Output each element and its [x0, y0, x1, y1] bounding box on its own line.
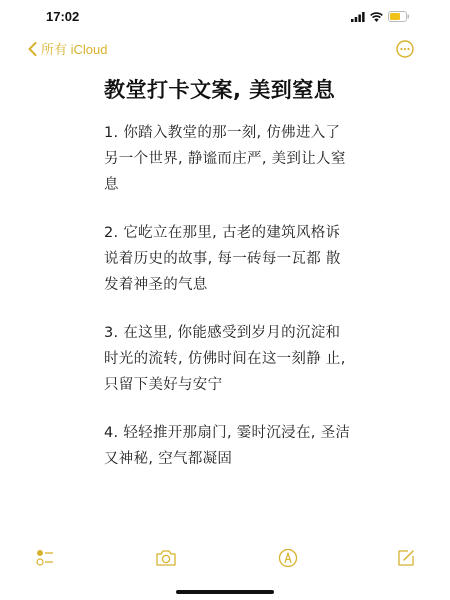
battery-icon — [388, 11, 410, 22]
back-button[interactable]: 所有 iCloud — [28, 39, 107, 58]
markup-pen-icon — [278, 548, 298, 568]
nav-bar: 所有 iCloud — [0, 36, 450, 62]
note-paragraph-3: 3. 在这里, 你能感受到岁月的沉淀和时光的流转, 仿佛时间在这一刻静 止, 只… — [104, 320, 354, 398]
note-paragraph-4: 4. 轻轻推开那扇门, 霎时沉浸在, 圣洁又神秘, 空气都凝固 — [104, 420, 354, 472]
chevron-left-icon — [28, 42, 37, 56]
back-label: 所有 iCloud — [41, 39, 107, 58]
cellular-signal-icon — [351, 12, 365, 22]
wifi-icon — [370, 12, 383, 22]
camera-button[interactable] — [155, 548, 177, 572]
compose-icon — [396, 548, 416, 568]
checklist-button[interactable] — [36, 548, 56, 572]
markup-button[interactable] — [278, 548, 298, 572]
status-icons — [351, 11, 410, 22]
camera-icon — [155, 548, 177, 568]
note-paragraph-2: 2. 它屹立在那里, 古老的建筑风格诉说着历史的故事, 每一砖每一瓦都 散发着神… — [104, 220, 354, 298]
note-title: 教堂打卡文案, 美到窒息 — [104, 76, 354, 105]
status-time: 17:02 — [46, 9, 79, 24]
compose-button[interactable] — [396, 548, 416, 572]
ellipsis-circle-icon — [396, 40, 414, 58]
status-bar: 17:02 — [0, 0, 450, 32]
checklist-icon — [36, 548, 56, 568]
more-button[interactable] — [396, 40, 414, 62]
note-paragraph-1: 1. 你踏入教堂的那一刻, 仿佛进入了另一个世界, 静谧而庄严, 美到让人窒息 — [104, 120, 354, 198]
home-indicator — [176, 590, 274, 594]
bottom-toolbar — [0, 548, 450, 572]
note-body[interactable]: 教堂打卡文案, 美到窒息 1. 你踏入教堂的那一刻, 仿佛进入了另一个世界, 静… — [104, 76, 354, 494]
